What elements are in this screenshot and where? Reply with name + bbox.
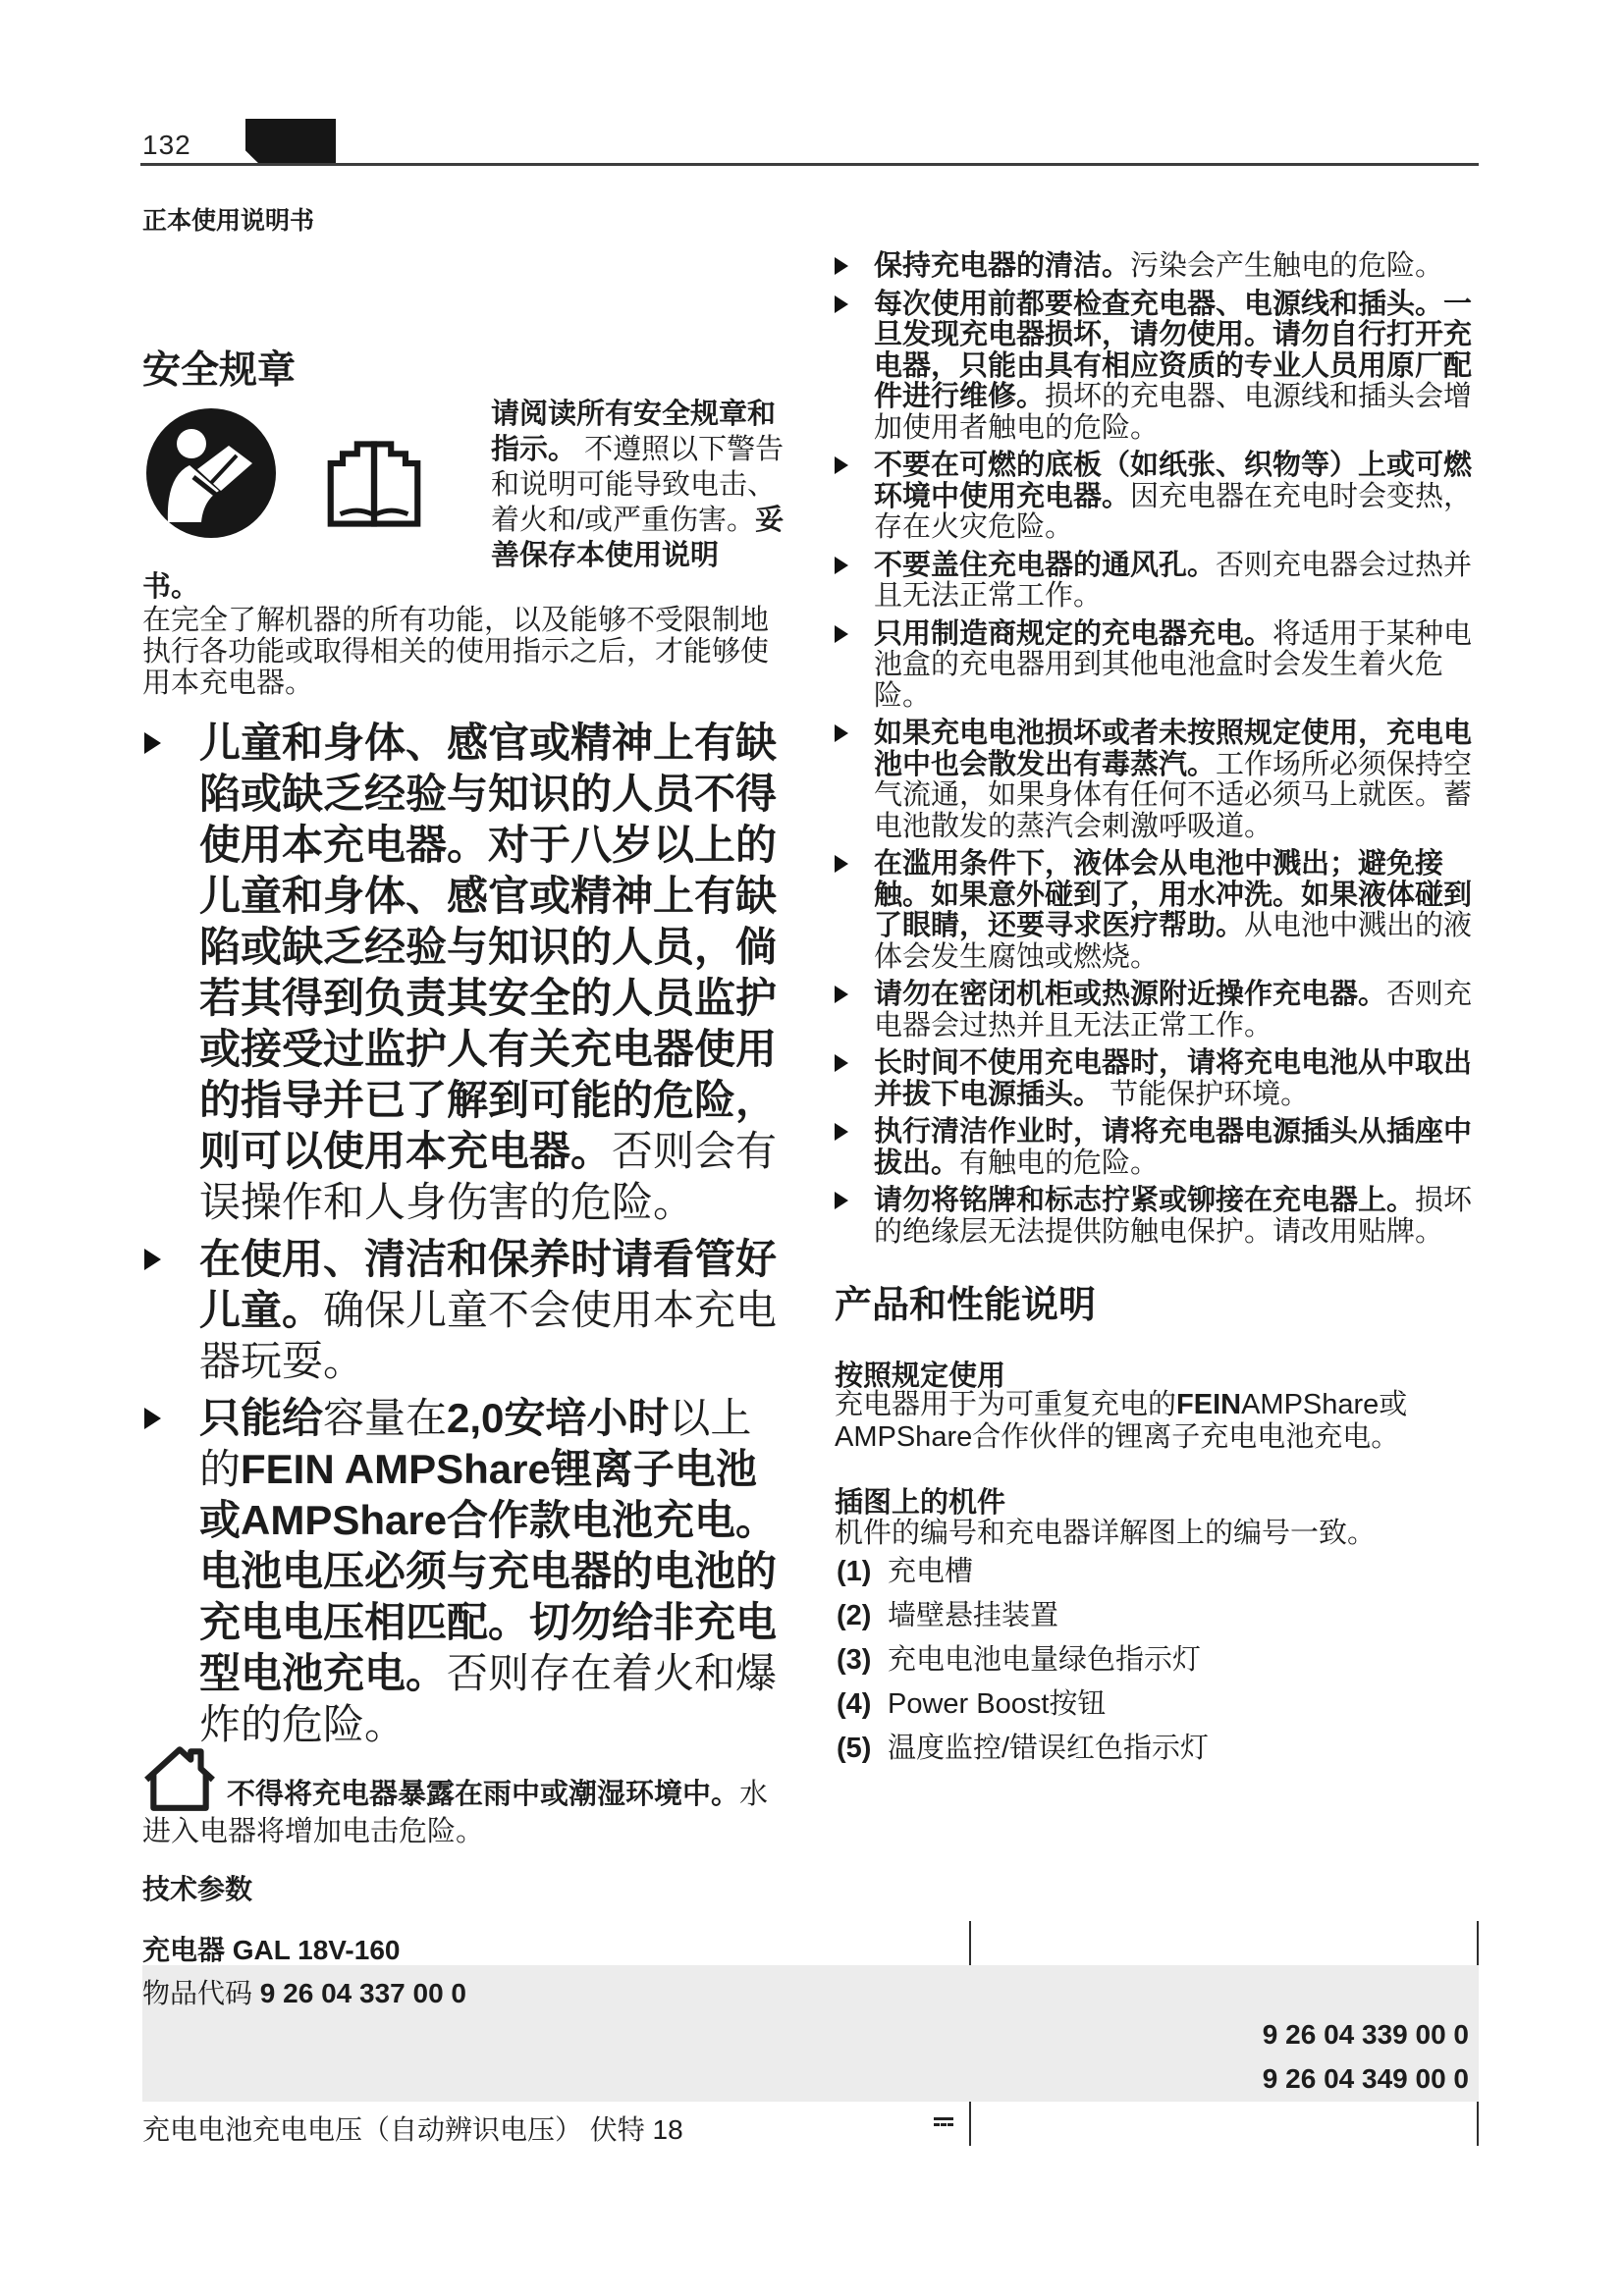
part-label: 墙壁悬挂装置 — [888, 1601, 1058, 1631]
triangle-bullet-icon — [835, 557, 848, 574]
triangle-bullet-icon — [144, 1249, 161, 1270]
item-code-cell: 物品代码 9 26 04 337 00 0 — [142, 1972, 466, 2011]
triangle-bullet-icon — [835, 1192, 848, 1209]
safety-bullet-item: 请勿在密闭机柜或热源附近操作充电器。否则充电器会过热并且无法正常工作。 — [835, 980, 1483, 1041]
part-label: 充电槽 — [888, 1557, 973, 1587]
major-safety-warnings: 儿童和身体、感官或精神上有缺陷或缺乏经验与知识的人员不得使用本充电器。对于八岁以… — [142, 718, 787, 1756]
item-code-alt-value: 9 26 04 349 00 0 — [1263, 2056, 1469, 2101]
text-segment: 容量在 — [323, 1395, 447, 1441]
part-number: (5) — [837, 1734, 888, 1764]
bullet-lead-text: 请勿将铭牌和标志拧紧或铆接在充电器上。 — [874, 1185, 1415, 1216]
part-list-item: (2)墙壁悬挂装置 — [837, 1601, 1470, 1631]
read-manual-icon — [142, 404, 280, 542]
triangle-bullet-icon — [835, 625, 848, 643]
safety-bullet-item: 请勿将铭牌和标志拧紧或铆接在充电器上。损坏的绝缘层无法提供防触电保护。请改用贴牌… — [835, 1186, 1483, 1248]
warning-text: 儿童和身体、感官或精神上有缺陷或缺乏经验与知识的人员不得使用本充电器。对于八岁以… — [199, 720, 777, 1225]
parts-title: 插图上的机件 — [835, 1480, 1005, 1521]
text-segment: 充电器用于为可重复充电的 — [835, 1389, 1176, 1420]
part-number: (2) — [837, 1601, 888, 1631]
item-code-label: 物品代码 — [142, 1978, 252, 2008]
intro-paragraph: 在完全了解机器的所有功能，以及能够不受限制地执行各功能或取得相关的使用指示之后，… — [142, 605, 781, 699]
product-section-title: 产品和性能说明 — [835, 1274, 1096, 1328]
part-number: (4) — [837, 1689, 888, 1720]
header-rule — [140, 163, 1479, 166]
safety-bullet-item: 长时间不使用充电器时，请将充电电池从中取出并拔下电源插头。 节能保护环境。 — [835, 1048, 1483, 1110]
read-notice-wrap: 书。 — [142, 569, 199, 605]
parts-list: (1)充电槽(2)墙壁悬挂装置(3)充电电池电量绿色指示灯(4)Power Bo… — [837, 1557, 1470, 1778]
triangle-bullet-icon — [835, 1123, 848, 1141]
open-book-icon — [316, 428, 432, 540]
major-warning-item: 在使用、清洁和保养时请看管好儿童。确保儿童不会使用本充电器玩耍。 — [142, 1234, 787, 1387]
safety-bullet-item: 执行清洁作业时，请将充电器电源插头从插座中拔出。有触电的危险。 — [835, 1117, 1483, 1179]
triangle-bullet-icon — [835, 257, 848, 275]
triangle-bullet-icon — [144, 1408, 161, 1429]
safety-bullet-item: 不要盖住充电器的通风孔。否则充电器会过热并且无法正常工作。 — [835, 551, 1483, 613]
triangle-bullet-icon — [835, 986, 848, 1003]
part-label: 温度监控/错误红色指示灯 — [888, 1734, 1209, 1764]
bullet-lead-text: 请勿在密闭机柜或热源附近操作充电器。 — [874, 979, 1386, 1010]
bold-text-segment: 2,0安培小时 — [447, 1395, 669, 1441]
major-warning-item: 儿童和身体、感官或精神上有缺陷或缺乏经验与知识的人员不得使用本充电器。对于八岁以… — [142, 718, 787, 1228]
warning-text: 在使用、清洁和保养时请看管好儿童。确保儿童不会使用本充电器玩耍。 — [199, 1236, 777, 1384]
table-row-item-codes: 物品代码 9 26 04 337 00 0 9 26 04 339 00 09 … — [142, 1965, 1479, 2102]
tech-data-title: 技术参数 — [142, 1868, 252, 1907]
safety-bullet-item: 在滥用条件下，液体会从电池中溅出；避免接触。如果意外碰到了，用水冲洗。如果液体碰… — [835, 849, 1483, 973]
item-code-alt-value: 9 26 04 339 00 0 — [1263, 2012, 1469, 2056]
warning-text: 只能给容量在2,0安培小时以上的FEIN AMPShare锂离子电池或AMPSh… — [199, 1395, 777, 1747]
parts-intro: 机件的编号和充电器详解图上的编号一致。 — [835, 1518, 1468, 1549]
bold-text-segment: 不得将充电器暴露在雨中或潮湿环境中。 — [227, 1779, 739, 1810]
tech-data-table: 充电器 GAL 18V-160 物品代码 9 26 04 337 00 0 9 … — [142, 1921, 1479, 2146]
bullet-rest-text: 有触电的危险。 — [959, 1148, 1159, 1179]
intended-use-text: 充电器用于为可重复充电的FEINAMPShare或AMPShare合作伙伴的锂离… — [835, 1389, 1468, 1454]
doc-type-title: 正本使用说明书 — [142, 201, 314, 237]
bullet-rest-text: 污染会产生触电的危险。 — [1130, 250, 1443, 282]
bold-text-segment: 只能给 — [199, 1395, 323, 1441]
brand-logo-block — [245, 119, 336, 163]
rain-warning: 不得将充电器暴露在雨中或潮湿环境中。水进入电器将增加电击危险。 — [142, 1776, 785, 1850]
triangle-bullet-icon — [144, 732, 161, 754]
safety-bullet-item: 只用制造商规定的充电器充电。将适用于某种电池盒的充电器用到其他电池盒时会发生着火… — [835, 619, 1483, 713]
part-list-item: (3)充电电池电量绿色指示灯 — [837, 1645, 1470, 1676]
manual-page: 132 正本使用说明书 安全规章 请阅读所有安全规章和指示。 不遵照以下警告和说… — [0, 0, 1624, 2296]
item-code-alt-values: 9 26 04 339 00 09 26 04 349 00 0 — [1263, 2012, 1469, 2101]
page-number: 132 — [142, 130, 191, 161]
bullet-lead-text: 不要盖住充电器的通风孔。 — [874, 550, 1216, 581]
safety-section-title: 安全规章 — [142, 340, 296, 395]
intended-use-title: 按照规定使用 — [835, 1354, 1005, 1394]
part-list-item: (1)充电槽 — [837, 1557, 1470, 1587]
dc-voltage-icon — [934, 2117, 953, 2126]
part-number: (1) — [837, 1557, 888, 1587]
triangle-bullet-icon — [835, 456, 848, 474]
safety-bullet-list: 保持充电器的清洁。污染会产生触电的危险。每次使用前都要检查充电器、电源线和插头。… — [835, 251, 1483, 1255]
part-number: (3) — [837, 1645, 888, 1676]
part-list-item: (5)温度监控/错误红色指示灯 — [837, 1734, 1470, 1764]
safety-bullet-item: 如果充电电池损坏或者未按照规定使用，充电电池中也会散发出有毒蒸汽。工作场所必须保… — [835, 719, 1483, 842]
table-row-voltage: 充电电池充电电压（自动辨识电压） 伏特 18 — [142, 2109, 683, 2148]
bullet-lead-text: 只用制造商规定的充电器充电。 — [874, 618, 1272, 650]
bullet-rest-text: 节能保护环境。 — [1102, 1079, 1309, 1110]
item-code-value: 9 26 04 337 00 0 — [260, 1978, 466, 2008]
safety-bullet-item: 保持充电器的清洁。污染会产生触电的危险。 — [835, 251, 1483, 283]
bold-text-segment: 儿童和身体、感官或精神上有缺陷或缺乏经验与知识的人员不得使用本充电器。对于八岁以… — [199, 720, 777, 1174]
part-label: Power Boost按钮 — [888, 1689, 1106, 1720]
major-warning-item: 只能给容量在2,0安培小时以上的FEIN AMPShare锂离子电池或AMPSh… — [142, 1393, 787, 1750]
read-notice: 请阅读所有安全规章和指示。 不遵照以下警告和说明可能导致电击、着火和/或严重伤害… — [491, 397, 787, 573]
table-row-charger-model: 充电器 GAL 18V-160 — [142, 1929, 400, 1968]
triangle-bullet-icon — [835, 1054, 848, 1072]
triangle-bullet-icon — [835, 724, 848, 742]
part-list-item: (4)Power Boost按钮 — [837, 1689, 1470, 1720]
safety-bullet-item: 不要在可燃的底板（如纸张、织物等）上或可燃环境中使用充电器。因充电器在充电时会变… — [835, 451, 1483, 544]
bullet-lead-text: 保持充电器的清洁。 — [874, 250, 1130, 282]
safety-bullet-item: 每次使用前都要检查充电器、电源线和插头。一旦发现充电器损坏，请勿使用。请勿自行打… — [835, 290, 1483, 445]
triangle-bullet-icon — [835, 295, 848, 313]
part-label: 充电电池电量绿色指示灯 — [888, 1645, 1201, 1676]
bold-text-segment: FEIN — [1176, 1389, 1241, 1420]
triangle-bullet-icon — [835, 855, 848, 873]
